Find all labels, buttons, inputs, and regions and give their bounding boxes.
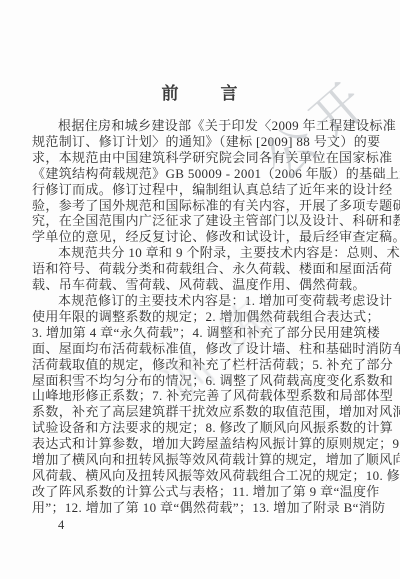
text-line: 系数，补充了高层建筑群干扰效应系数的取值范围，增加对风洞: [32, 404, 372, 420]
document-page: 前 言 根据住房和城乡建设部《关于印发〈2009 年工程建设标准规范制订、修订计…: [0, 0, 400, 579]
text-line: 行修订而成。修订过程中，编制组认真总结了近年来的设计经: [32, 182, 372, 198]
text-line: 语和符号、荷载分类和荷载组合、永久荷载、楼面和屋面活荷: [32, 261, 372, 277]
text-line: 改了阵风系数的计算公式与表格；11. 增加了第 9 章“温度作: [32, 484, 372, 500]
text-line: 学单位的意见，经反复讨论、修改和试设计，最后经审查定稿。: [32, 229, 372, 245]
text-line: 根据住房和城乡建设部《关于印发〈2009 年工程建设标准: [32, 118, 372, 134]
text-line: 面、屋面均布活荷载标准值，修改了设计墙、柱和基础时消防车: [32, 341, 372, 357]
text-line: 规范制订、修订计划〉的通知》（建标 [2009] 88 号文）的要: [32, 134, 372, 150]
text-line: 试验设备和方法要求的规定；8. 修改了顺风向风振系数的计算: [32, 420, 372, 436]
text-line: 增加了横风向和扭转风振等效风荷载计算的规定，增加了顺风向: [32, 452, 372, 468]
text-line: 屋面积雪不均匀分布的情况；6. 调整了风荷载高度变化系数和: [32, 373, 372, 389]
page-content: 根据住房和城乡建设部《关于印发〈2009 年工程建设标准规范制订、修订计划〉的通…: [32, 118, 372, 516]
text-line: 活荷载取值的规定，修改和补充了栏杆活荷载；5. 补充了部分: [32, 357, 372, 373]
page-title: 前 言: [0, 79, 400, 104]
text-line: 本规范共分 10 章和 9 个附录，主要技术内容是：总则、术: [32, 245, 372, 261]
text-line: 山峰地形修正系数；7. 补充完善了风荷载体型系数和局部体型: [32, 388, 372, 404]
text-line: 载、吊车荷载、雪荷载、风荷载、温度作用、偶然荷载。: [32, 277, 372, 293]
text-line: 《建筑结构荷载规范》GB 50009 - 2001（2006 年版）的基础上进: [32, 166, 372, 182]
page-number: 4: [58, 518, 64, 533]
text-line: 验，参考了国外规范和国际标准的有关内容，开展了多项专题研: [32, 198, 372, 214]
text-line: 用”；12. 增加了第 10 章“偶然荷载”；13. 增加了附录 B“消防: [32, 500, 372, 516]
text-line: 求，本规范由中国建筑科学研究院会同各有关单位在国家标准: [32, 150, 372, 166]
text-line: 究，在全国范围内广泛征求了建设主管部门以及设计、科研和教: [32, 213, 372, 229]
text-line: 使用年限的调整系数的规定；2. 增加偶然荷载组合表达式；: [32, 309, 372, 325]
text-line: 表达式和计算参数，增加大跨屋盖结构风振计算的原则规定；9.: [32, 436, 372, 452]
text-line: 3. 增加第 4 章“永久荷载”；4. 调整和补充了部分民用建筑楼: [32, 325, 372, 341]
text-line: 本规范修订的主要技术内容是：1. 增加可变荷载考虑设计: [32, 293, 372, 309]
text-line: 风荷载、横风向及扭转风振等效风荷载组合工况的规定；10. 修: [32, 468, 372, 484]
